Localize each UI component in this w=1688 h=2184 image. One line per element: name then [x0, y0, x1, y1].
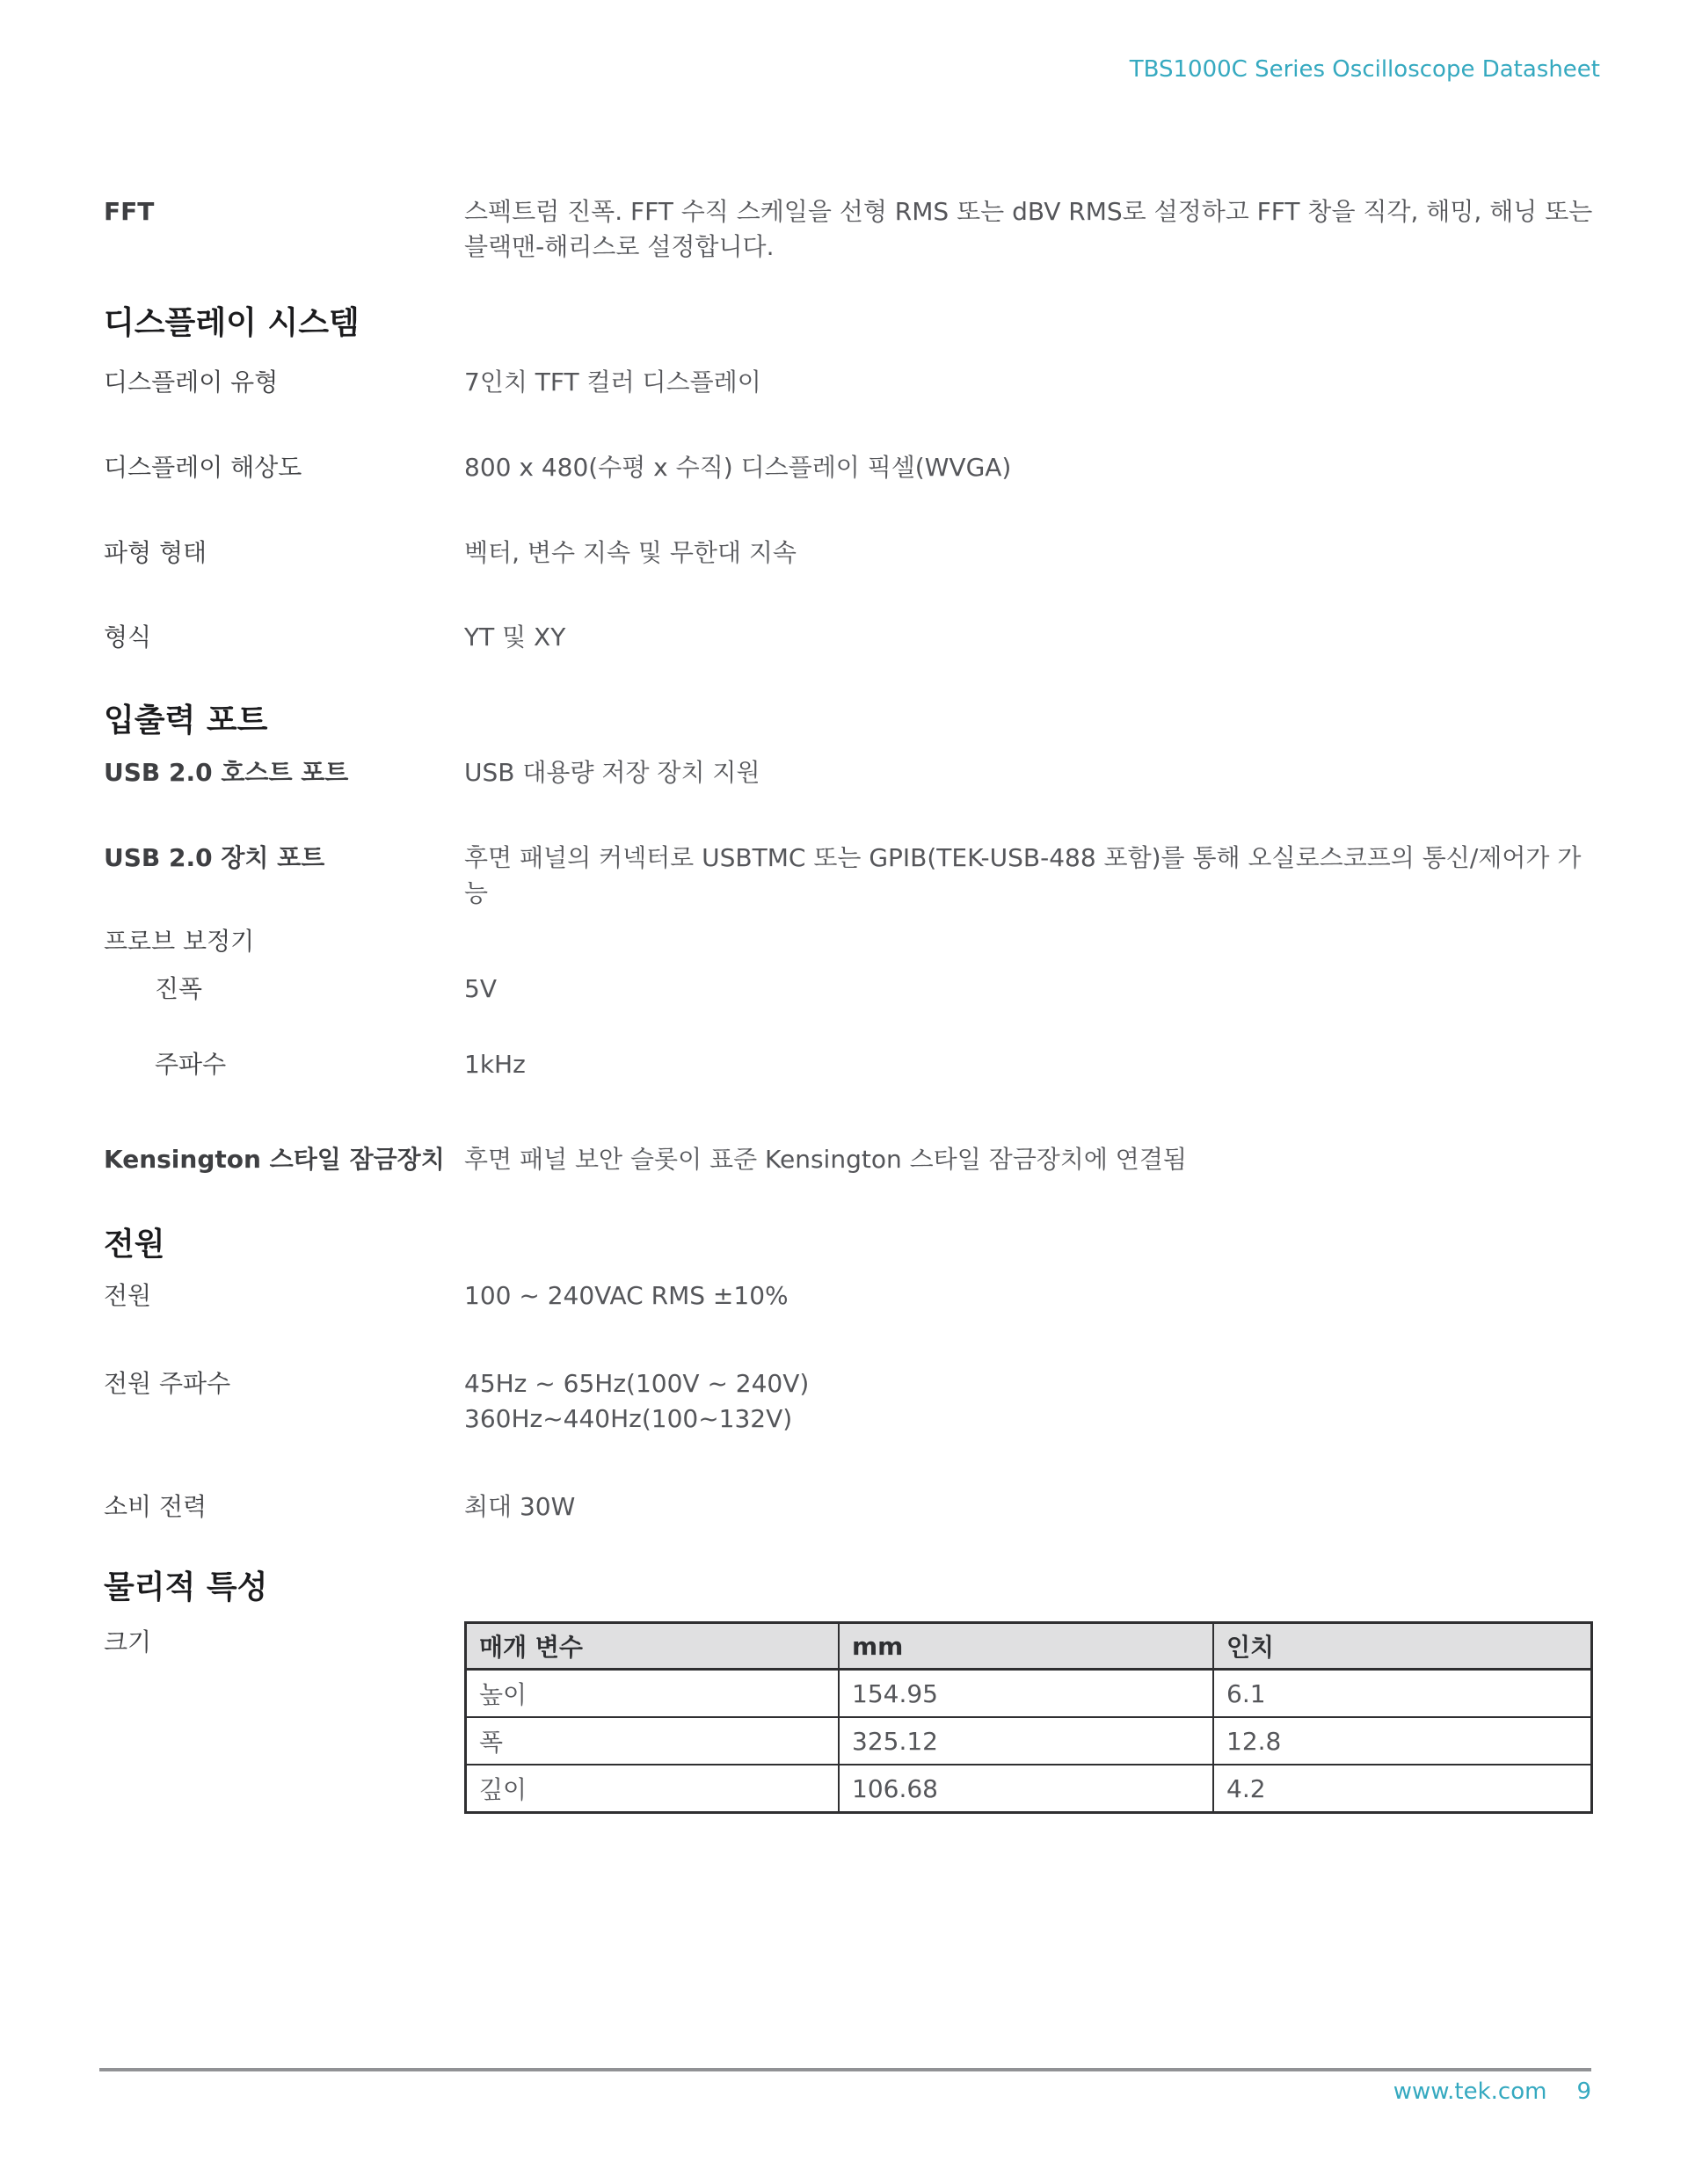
table-cell: 폭 — [466, 1717, 840, 1765]
spec-label: 형식 — [104, 620, 454, 655]
footer-divider — [99, 2068, 1591, 2071]
table-header-cell: 인치 — [1213, 1623, 1592, 1670]
table-cell: 높이 — [466, 1670, 840, 1718]
spec-label: 전원 — [104, 1278, 454, 1314]
spec-value-line: 45Hz ~ 65Hz(100V ~ 240V) — [464, 1366, 1598, 1401]
spec-label: 크기 — [104, 1625, 151, 1660]
spec-label: 디스플레이 해상도 — [104, 450, 454, 485]
spec-label: 소비 전력 — [104, 1489, 454, 1525]
spec-label: 진폭 — [155, 972, 505, 1007]
table-row: 폭 325.12 12.8 — [466, 1717, 1592, 1765]
spec-value: 1kHz — [464, 1047, 1598, 1082]
table-row: 높이 154.95 6.1 — [466, 1670, 1592, 1718]
page-title: TBS1000C Series Oscilloscope Datasheet — [104, 56, 1600, 83]
spec-value: USB 대용량 저장 장치 지원 — [464, 755, 1598, 790]
table-cell: 12.8 — [1213, 1717, 1592, 1765]
table-cell: 4.2 — [1213, 1765, 1592, 1813]
spec-label: 파형 형태 — [104, 535, 454, 571]
spec-value: 7인치 TFT 컬러 디스플레이 — [464, 365, 1598, 400]
spec-value: 800 x 480(수평 x 수직) 디스플레이 픽셀(WVGA) — [464, 450, 1598, 485]
spec-label: USB 2.0 장치 포트 — [104, 841, 454, 876]
dimensions-table: 매개 변수 mm 인치 높이 154.95 6.1 폭 325.12 12.8 … — [464, 1621, 1593, 1814]
spec-value: 45Hz ~ 65Hz(100V ~ 240V) 360Hz~440Hz(100… — [464, 1366, 1598, 1437]
table-cell: 154.95 — [839, 1670, 1213, 1718]
table-header-cell: mm — [839, 1623, 1213, 1670]
spec-value: 후면 패널의 커넥터로 USBTMC 또는 GPIB(TEK-USB-488 포… — [464, 841, 1598, 911]
table-cell: 325.12 — [839, 1717, 1213, 1765]
spec-value: 후면 패널 보안 슬롯이 표준 Kensington 스타일 잠금장치에 연결됨 — [464, 1142, 1598, 1177]
table-cell: 6.1 — [1213, 1670, 1592, 1718]
section-heading-display-system: 디스플레이 시스템 — [104, 304, 360, 343]
table-cell: 깊이 — [466, 1765, 840, 1813]
spec-label: 프로브 보정기 — [104, 924, 454, 959]
spec-label: FFT — [104, 194, 454, 229]
spec-value: 벡터, 변수 지속 및 무한대 지속 — [464, 535, 1598, 571]
table-header-cell: 매개 변수 — [466, 1623, 840, 1670]
section-heading-physical: 물리적 특성 — [104, 1569, 267, 1607]
spec-value: YT 및 XY — [464, 620, 1598, 655]
footer-page-number: 9 — [1576, 2078, 1591, 2105]
spec-value: 5V — [464, 972, 1598, 1007]
spec-value-line: 360Hz~440Hz(100~132V) — [464, 1401, 1598, 1437]
table-cell: 106.68 — [839, 1765, 1213, 1813]
spec-label: Kensington 스타일 잠금장치 — [104, 1142, 454, 1177]
section-heading-power: 전원 — [104, 1226, 165, 1264]
spec-value: 100 ~ 240VAC RMS ±10% — [464, 1278, 1598, 1314]
spec-value: 최대 30W — [464, 1489, 1598, 1525]
datasheet-page: TBS1000C Series Oscilloscope Datasheet F… — [0, 0, 1688, 2184]
spec-label: 디스플레이 유형 — [104, 365, 454, 400]
section-heading-io-ports: 입출력 포트 — [104, 702, 267, 740]
footer: www.tek.com 9 — [104, 2078, 1591, 2105]
spec-label: 전원 주파수 — [104, 1366, 454, 1401]
table-row: 깊이 106.68 4.2 — [466, 1765, 1592, 1813]
spec-label: 주파수 — [155, 1047, 505, 1082]
spec-value: 스펙트럼 진폭. FFT 수직 스케일을 선형 RMS 또는 dBV RMS로 … — [464, 194, 1598, 265]
footer-url[interactable]: www.tek.com — [1393, 2078, 1547, 2105]
spec-label: USB 2.0 호스트 포트 — [104, 755, 454, 790]
table-header-row: 매개 변수 mm 인치 — [466, 1623, 1592, 1670]
